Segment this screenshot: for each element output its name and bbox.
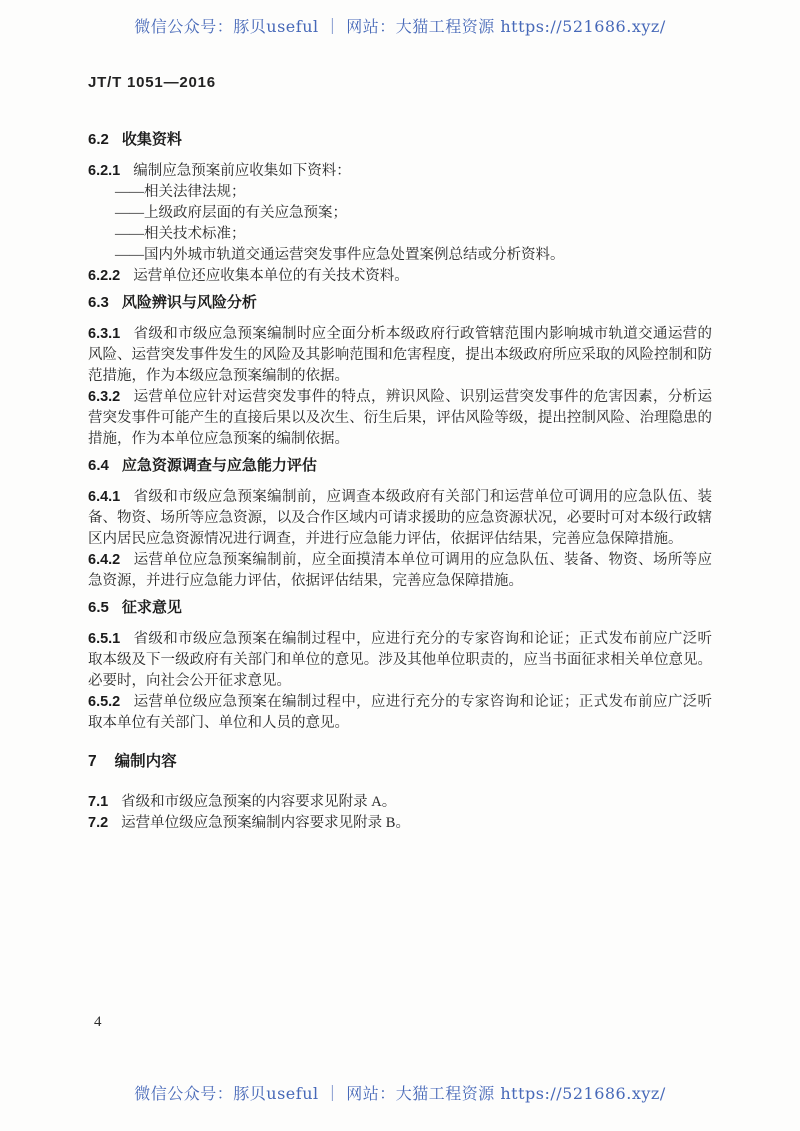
content-blocks: 6.2收集资料6.2.1编制应急预案前应收集如下资料：——相关法律法规；——上级…	[88, 124, 712, 834]
section-number: 6.4	[88, 457, 109, 474]
dash-list-item: ——国内外城市轨道交通运营突发事件应急处置案例总结或分析资料。	[88, 245, 712, 266]
section-title: 风险辨识与风险分析	[122, 294, 257, 311]
clause-text: 运营单位应针对运营突发事件的特点，辨识风险、识别运营突发事件的危害因素，分析运营…	[88, 389, 712, 447]
clause-text: 运营单位应急预案编制前，应全面摸清本单位可调用的应急队伍、装备、物资、场所等应急…	[88, 552, 712, 589]
section-title: 编制内容	[115, 753, 177, 770]
clause-number: 6.4.2	[88, 552, 120, 568]
clause-paragraph: 6.5.2运营单位级应急预案在编制过程中，应进行充分的专家咨询和论证；正式发布前…	[88, 692, 712, 734]
clause-text: 省级和市级应急预案编制前，应调查本级政府有关部门和运营单位可调用的应急队伍、装备…	[88, 489, 712, 547]
section-title: 应急资源调查与应急能力评估	[122, 457, 317, 474]
page-number: 4	[94, 1014, 102, 1031]
clause-text: 运营单位还应收集本单位的有关技术资料。	[133, 268, 409, 284]
dash-list-item: ——相关技术标准；	[88, 224, 712, 245]
clause-text: 编制应急预案前应收集如下资料：	[133, 163, 351, 179]
clause-paragraph: 6.5.1省级和市级应急预案在编制过程中，应进行充分的专家咨询和论证；正式发布前…	[88, 629, 712, 692]
section-heading: 6.4应急资源调查与应急能力评估	[88, 456, 712, 476]
clause-number: 6.5.1	[88, 631, 120, 647]
clause-number: 7.1	[88, 794, 108, 810]
clause-number: 7.2	[88, 815, 108, 831]
standard-code: JT/T 1051—2016	[88, 74, 216, 91]
section-heading: 6.5征求意见	[88, 598, 712, 618]
section-number: 6.2	[88, 131, 109, 148]
dash-list-item: ——相关法律法规；	[88, 182, 712, 203]
section-heading: 6.2收集资料	[88, 130, 712, 150]
clause-number: 6.3.1	[88, 326, 120, 342]
section-title: 征求意见	[122, 599, 182, 616]
clause-number: 6.4.1	[88, 489, 120, 505]
clause-paragraph: 6.3.2运营单位应针对运营突发事件的特点，辨识风险、识别运营突发事件的危害因素…	[88, 387, 712, 450]
clause-number: 6.2.1	[88, 163, 120, 179]
dash-list-item: ——上级政府层面的有关应急预案；	[88, 203, 712, 224]
clause-text: 省级和市级应急预案的内容要求见附录 A。	[121, 794, 396, 810]
clause-text: 省级和市级应急预案编制时应全面分析本级政府行政管辖范围内影响城市轨道交通运营的风…	[88, 326, 712, 384]
section-title: 收集资料	[122, 131, 182, 148]
section-number: 7	[88, 753, 97, 770]
clause-paragraph: 7.1省级和市级应急预案的内容要求见附录 A。	[88, 792, 712, 813]
watermark-bottom: 微信公众号：豚贝useful ｜ 网站：大猫工程资源 https://52168…	[0, 1081, 800, 1104]
section-number: 6.5	[88, 599, 109, 616]
clause-text: 运营单位级应急预案编制内容要求见附录 B。	[121, 815, 410, 831]
section-heading: 7编制内容	[88, 752, 712, 772]
clause-paragraph: 6.2.2运营单位还应收集本单位的有关技术资料。	[88, 266, 712, 287]
clause-paragraph: 6.4.2运营单位应急预案编制前，应全面摸清本单位可调用的应急队伍、装备、物资、…	[88, 550, 712, 592]
clause-paragraph: 6.2.1编制应急预案前应收集如下资料：	[88, 161, 712, 182]
clause-text: 运营单位级应急预案在编制过程中，应进行充分的专家咨询和论证；正式发布前应广泛听取…	[88, 694, 712, 731]
clause-paragraph: 6.3.1省级和市级应急预案编制时应全面分析本级政府行政管辖范围内影响城市轨道交…	[88, 324, 712, 387]
clause-number: 6.3.2	[88, 389, 120, 405]
clause-number: 6.2.2	[88, 268, 120, 284]
clause-number: 6.5.2	[88, 694, 120, 710]
section-number: 6.3	[88, 294, 109, 311]
section-heading: 6.3风险辨识与风险分析	[88, 293, 712, 313]
clause-paragraph: 6.4.1省级和市级应急预案编制前，应调查本级政府有关部门和运营单位可调用的应急…	[88, 487, 712, 550]
clause-paragraph: 7.2运营单位级应急预案编制内容要求见附录 B。	[88, 813, 712, 834]
watermark-top: 微信公众号：豚贝useful ｜ 网站：大猫工程资源 https://52168…	[0, 14, 800, 37]
clause-text: 省级和市级应急预案在编制过程中，应进行充分的专家咨询和论证；正式发布前应广泛听取…	[88, 631, 712, 689]
document-page: 微信公众号：豚贝useful ｜ 网站：大猫工程资源 https://52168…	[0, 0, 800, 1131]
